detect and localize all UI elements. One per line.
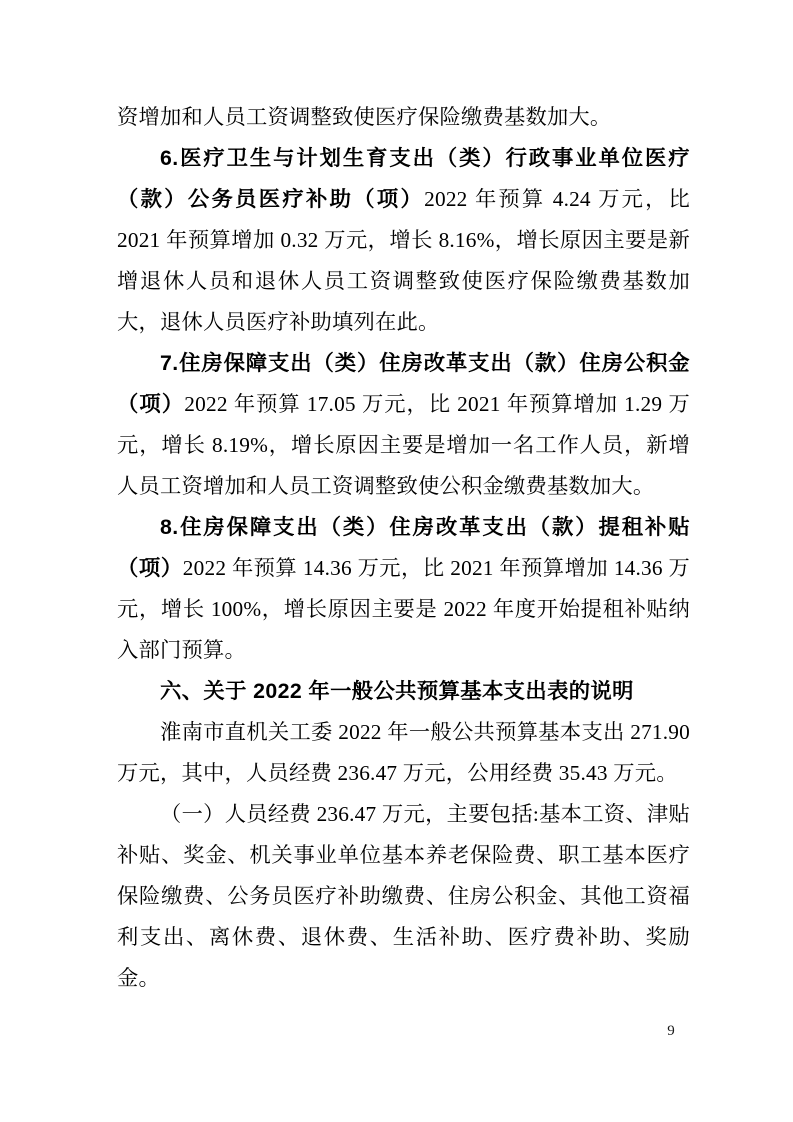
paragraph: 淮南市直机关工委 2022 年一般公共预算基本支出 271.90 万元，其中，人…: [117, 712, 690, 794]
paragraph: 资增加和人员工资调整致使医疗保险缴费基数加大。: [117, 97, 690, 138]
paragraph: 7.住房保障支出（类）住房改革支出（款）住房公积金（项）2022 年预算 17.…: [117, 343, 690, 507]
document-body: 资增加和人员工资调整致使医疗保险缴费基数加大。6.医疗卫生与计划生育支出（类）行…: [117, 97, 690, 999]
text-run-bold: 六、关于 2022 年一般公共预算基本支出表的说明: [160, 679, 634, 703]
text-run: 2022 年预算 17.05 万元，比 2021 年预算增加 1.29 万元，增…: [117, 392, 690, 498]
text-run: 2022 年预算 14.36 万元，比 2021 年预算增加 14.36 万元，…: [117, 556, 690, 662]
text-run: 淮南市直机关工委 2022 年一般公共预算基本支出 271.90 万元，其中，人…: [117, 720, 690, 785]
text-run: 资增加和人员工资调整致使医疗保险缴费基数加大。: [117, 105, 611, 129]
text-run: （一）人员经费 236.47 万元，主要包括:基本工资、津贴补贴、奖金、机关事业…: [117, 802, 690, 990]
document-page: 资增加和人员工资调整致使医疗保险缴费基数加大。6.医疗卫生与计划生育支出（类）行…: [0, 0, 793, 1122]
paragraph: 8.住房保障支出（类）住房改革支出（款）提租补贴（项）2022 年预算 14.3…: [117, 507, 690, 671]
paragraph: 六、关于 2022 年一般公共预算基本支出表的说明: [117, 671, 690, 712]
page-number: 9: [661, 1021, 681, 1041]
paragraph: 6.医疗卫生与计划生育支出（类）行政事业单位医疗（款）公务员医疗补助（项）202…: [117, 138, 690, 343]
paragraph: （一）人员经费 236.47 万元，主要包括:基本工资、津贴补贴、奖金、机关事业…: [117, 794, 690, 999]
